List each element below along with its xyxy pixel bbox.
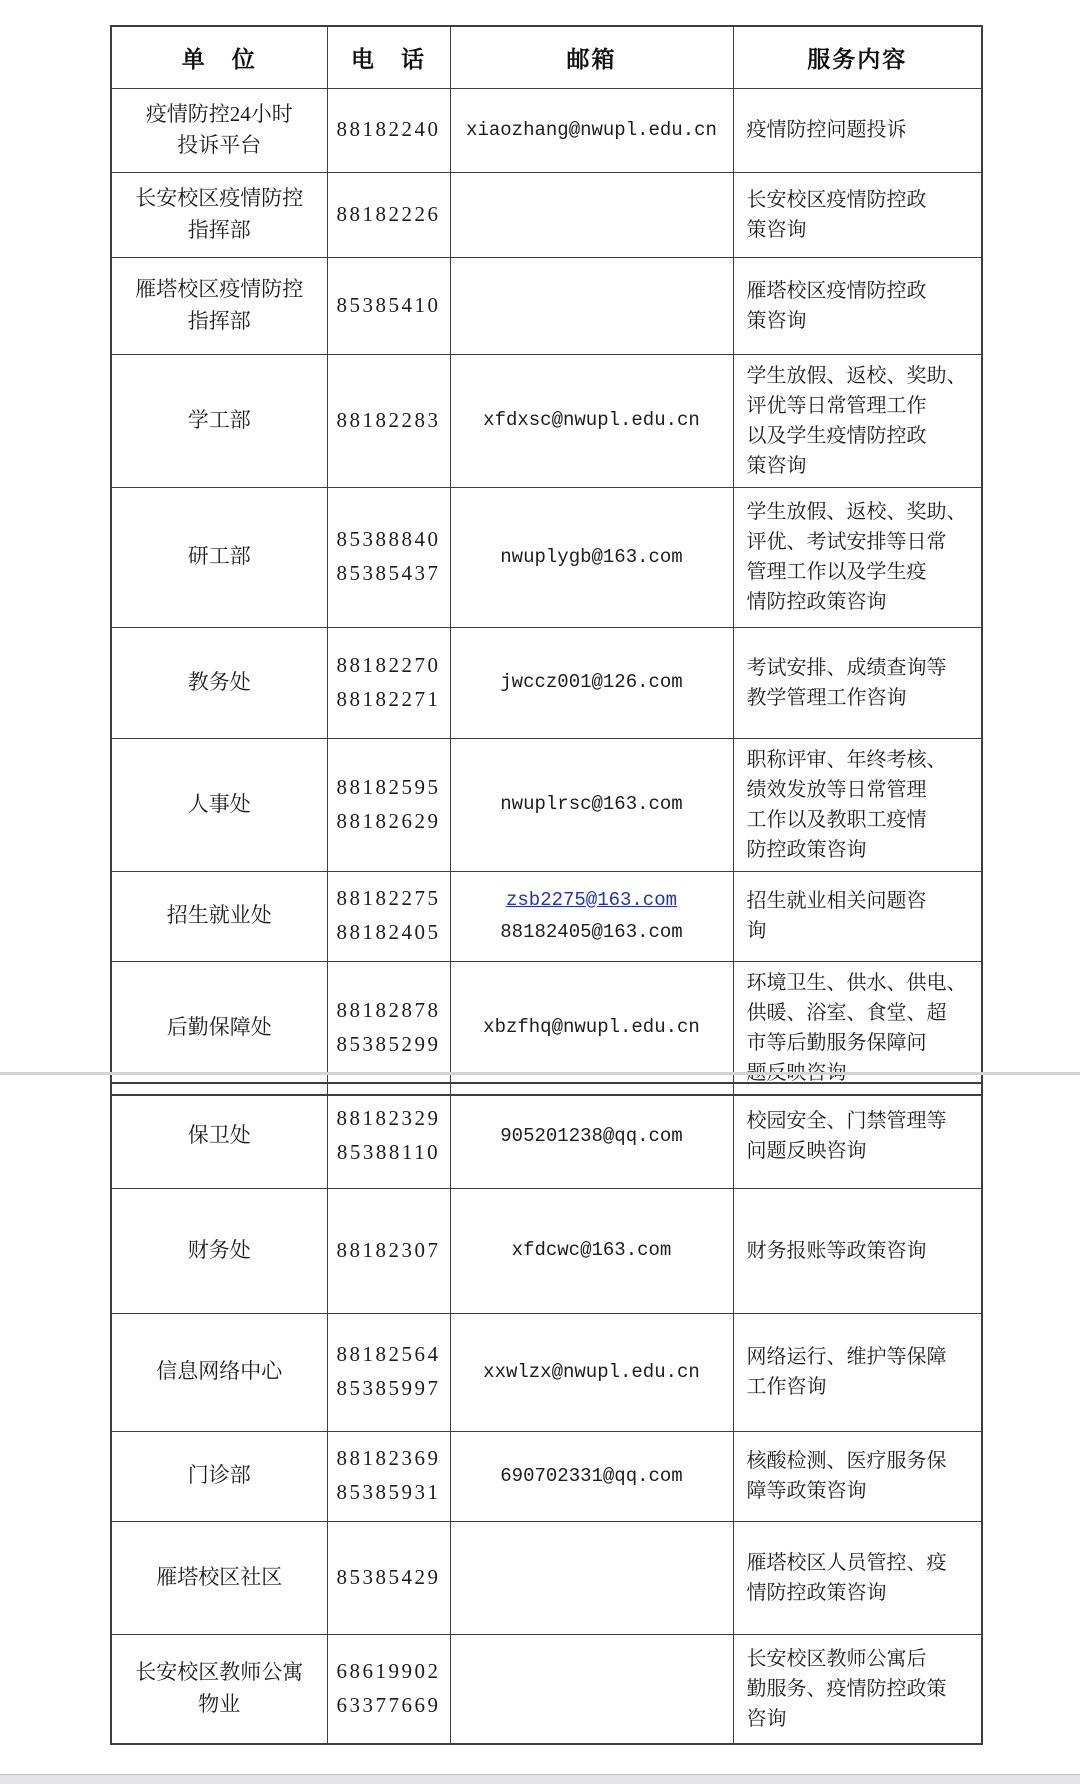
service-cell: 核酸检测、医疗服务保 障等政策咨询 <box>733 1431 982 1521</box>
email-cell: nwuplrsc@163.com <box>450 738 733 871</box>
table-row: 学工部88182283xfdxsc@nwupl.edu.cn学生放假、返校、奖助… <box>111 354 982 487</box>
unit-cell: 保卫处 <box>111 1083 327 1188</box>
service-cell: 招生就业相关问题咨 询 <box>733 871 982 961</box>
email-cell: xiaozhang@nwupl.edu.cn <box>450 88 733 172</box>
contact-table-page1: 单 位 电 话 邮箱 服务内容 疫情防控24小时 投诉平台88182240xia… <box>110 25 983 1096</box>
email-cell <box>450 172 733 257</box>
unit-cell: 招生就业处 <box>111 871 327 961</box>
unit-cell: 雁塔校区社区 <box>111 1521 327 1634</box>
service-cell: 学生放假、返校、奖助、 评优等日常管理工作 以及学生疫情防控政 策咨询 <box>733 354 982 487</box>
table-row: 雁塔校区社区85385429雁塔校区人员管控、疫 情防控政策咨询 <box>111 1521 982 1634</box>
service-cell: 长安校区教师公寓后 勤服务、疫情防控政策 咨询 <box>733 1634 982 1744</box>
email-cell <box>450 257 733 354</box>
email-link[interactable]: zsb2275@163.com <box>506 889 677 911</box>
table-row: 招生就业处88182275 88182405zsb2275@163.com 88… <box>111 871 982 961</box>
email-cell <box>450 1634 733 1744</box>
phone-cell: 88182240 <box>327 88 450 172</box>
phone-cell: 88182307 <box>327 1188 450 1313</box>
contact-table-page2: 保卫处88182329 85388110905201238@qq.com校园安全… <box>110 1082 983 1745</box>
unit-cell: 信息网络中心 <box>111 1313 327 1431</box>
unit-cell: 雁塔校区疫情防控 指挥部 <box>111 257 327 354</box>
unit-cell: 研工部 <box>111 487 327 627</box>
table-row: 门诊部88182369 85385931690702331@qq.com核酸检测… <box>111 1431 982 1521</box>
email-cell: zsb2275@163.com 88182405@163.com <box>450 871 733 961</box>
unit-cell: 疫情防控24小时 投诉平台 <box>111 88 327 172</box>
unit-cell: 教务处 <box>111 627 327 738</box>
phone-cell: 85385429 <box>327 1521 450 1634</box>
table-row: 教务处88182270 88182271jwccz001@126.com考试安排… <box>111 627 982 738</box>
service-cell: 长安校区疫情防控政 策咨询 <box>733 172 982 257</box>
service-cell: 校园安全、门禁管理等 问题反映咨询 <box>733 1083 982 1188</box>
unit-cell: 学工部 <box>111 354 327 487</box>
table-row: 保卫处88182329 85388110905201238@qq.com校园安全… <box>111 1083 982 1188</box>
phone-cell: 88182275 88182405 <box>327 871 450 961</box>
email-cell: xxwlzx@nwupl.edu.cn <box>450 1313 733 1431</box>
unit-cell: 长安校区疫情防控 指挥部 <box>111 172 327 257</box>
service-cell: 雁塔校区疫情防控政 策咨询 <box>733 257 982 354</box>
email-cell: jwccz001@126.com <box>450 627 733 738</box>
service-cell: 职称评审、年终考核、 绩效发放等日常管理 工作以及教职工疫情 防控政策咨询 <box>733 738 982 871</box>
header-unit: 单 位 <box>111 26 327 88</box>
phone-cell: 88182369 85385931 <box>327 1431 450 1521</box>
header-email: 邮箱 <box>450 26 733 88</box>
table-row: 研工部85388840 85385437nwuplygb@163.com学生放假… <box>111 487 982 627</box>
phone-cell: 88182270 88182271 <box>327 627 450 738</box>
service-cell: 网络运行、维护等保障 工作咨询 <box>733 1313 982 1431</box>
email-cell: xfdxsc@nwupl.edu.cn <box>450 354 733 487</box>
table-row: 疫情防控24小时 投诉平台88182240xiaozhang@nwupl.edu… <box>111 88 982 172</box>
header-phone: 电 话 <box>327 26 450 88</box>
phone-cell: 85388840 85385437 <box>327 487 450 627</box>
service-cell: 考试安排、成绩查询等 教学管理工作咨询 <box>733 627 982 738</box>
table-row: 长安校区疫情防控 指挥部88182226长安校区疫情防控政 策咨询 <box>111 172 982 257</box>
service-cell: 雁塔校区人员管控、疫 情防控政策咨询 <box>733 1521 982 1634</box>
unit-cell: 长安校区教师公寓 物业 <box>111 1634 327 1744</box>
header-service: 服务内容 <box>733 26 982 88</box>
phone-cell: 88182595 88182629 <box>327 738 450 871</box>
service-cell: 财务报账等政策咨询 <box>733 1188 982 1313</box>
service-cell: 疫情防控问题投诉 <box>733 88 982 172</box>
email-cell: xfdcwc@163.com <box>450 1188 733 1313</box>
email-cell: nwuplygb@163.com <box>450 487 733 627</box>
unit-cell: 人事处 <box>111 738 327 871</box>
email-cell: 905201238@qq.com <box>450 1083 733 1188</box>
unit-cell: 财务处 <box>111 1188 327 1313</box>
page-edge-strip <box>0 1774 1080 1784</box>
email-cell: 690702331@qq.com <box>450 1431 733 1521</box>
table-row: 雁塔校区疫情防控 指挥部85385410雁塔校区疫情防控政 策咨询 <box>111 257 982 354</box>
phone-cell: 88182283 <box>327 354 450 487</box>
phone-cell: 85385410 <box>327 257 450 354</box>
service-cell: 学生放假、返校、奖助、 评优、考试安排等日常 管理工作以及学生疫 情防控政策咨询 <box>733 487 982 627</box>
page-break-line <box>0 1072 1080 1075</box>
table-row: 信息网络中心88182564 85385997xxwlzx@nwupl.edu.… <box>111 1313 982 1431</box>
table-row: 人事处88182595 88182629nwuplrsc@163.com职称评审… <box>111 738 982 871</box>
table-row: 长安校区教师公寓 物业68619902 63377669长安校区教师公寓后 勤服… <box>111 1634 982 1744</box>
email-cell <box>450 1521 733 1634</box>
phone-cell: 88182564 85385997 <box>327 1313 450 1431</box>
phone-cell: 88182226 <box>327 172 450 257</box>
phone-cell: 88182329 85388110 <box>327 1083 450 1188</box>
phone-cell: 68619902 63377669 <box>327 1634 450 1744</box>
unit-cell: 门诊部 <box>111 1431 327 1521</box>
table-header-row: 单 位 电 话 邮箱 服务内容 <box>111 26 982 88</box>
table-row: 财务处88182307xfdcwc@163.com财务报账等政策咨询 <box>111 1188 982 1313</box>
